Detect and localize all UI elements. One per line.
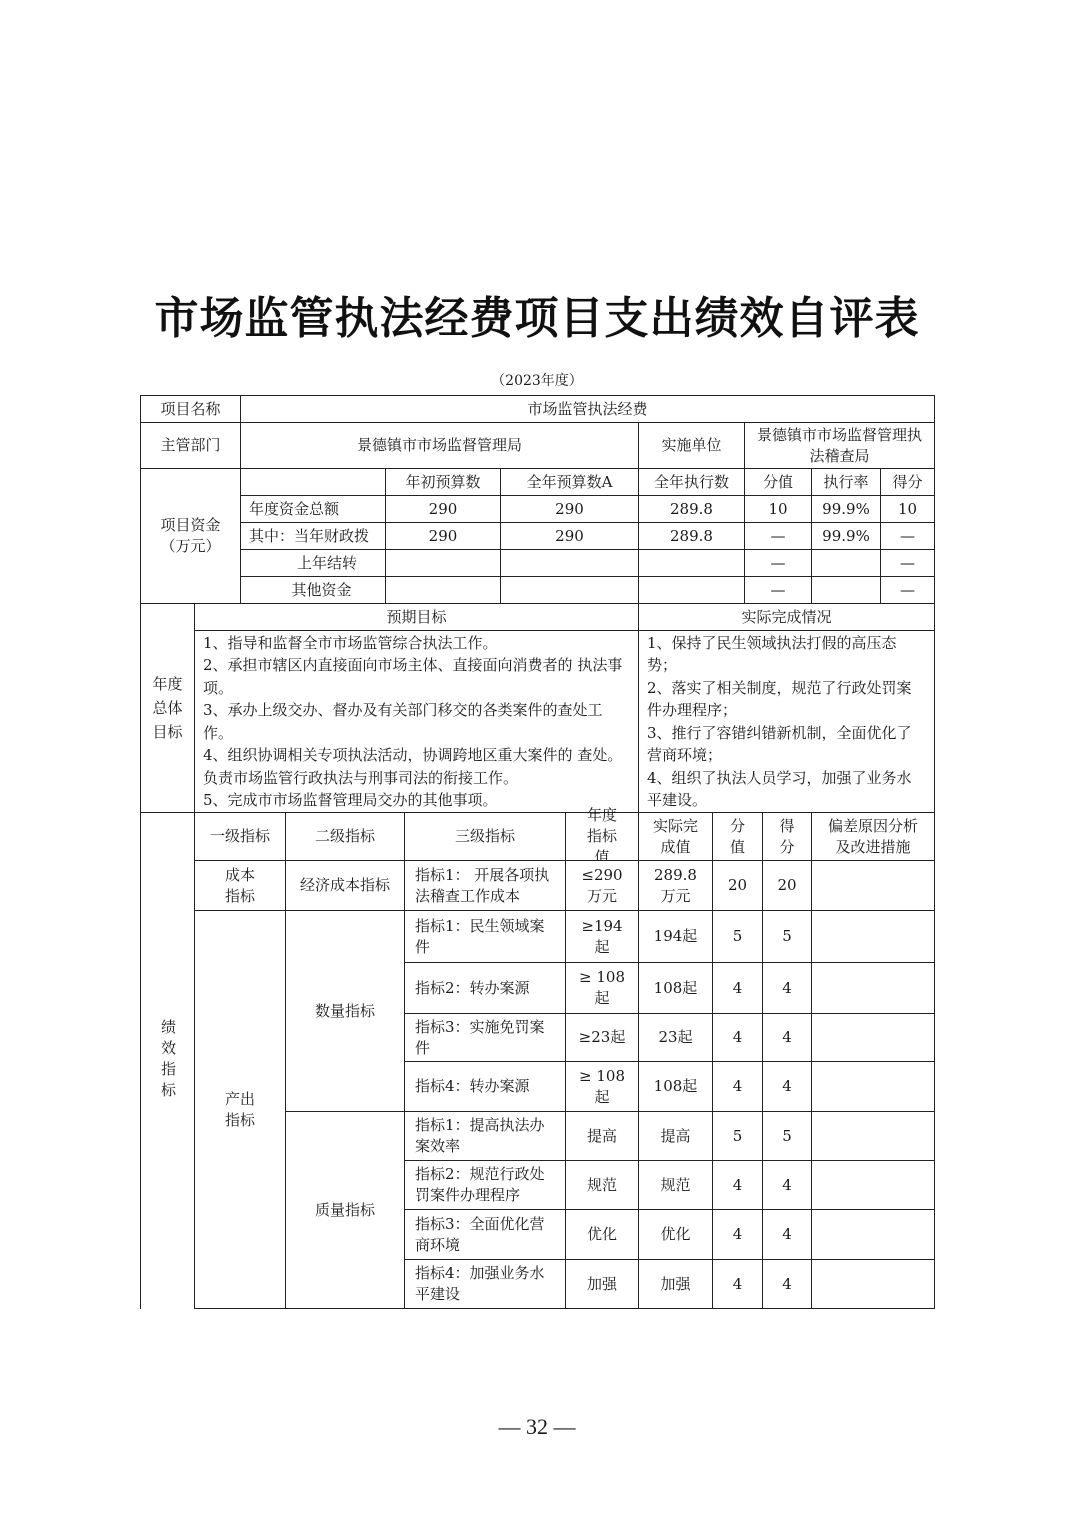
expected-goal-item: 2、承担市辖区内直接面向市场主体、直接面向消费者的 执法事项。	[203, 654, 630, 699]
funding-cell: —	[880, 522, 935, 550]
quantity-level3: 指标1：民生领域案件	[404, 910, 566, 963]
quality-actual: 提高	[638, 1111, 713, 1161]
quantity-actual: 23起	[638, 1013, 713, 1062]
expected-goal-item: 1、指导和监督全市市场监管综合执法工作。	[203, 632, 630, 655]
funding-header-rate: 执行率	[811, 468, 881, 496]
quality-target: 提高	[565, 1111, 639, 1161]
expected-goals-header: 预期目标	[194, 603, 639, 631]
funding-cell: —	[880, 576, 935, 604]
quality-level3: 指标4：加强业务水平建设	[404, 1259, 566, 1309]
dept-value: 景德镇市市场监督管理局	[240, 422, 639, 469]
perf-header-analysis: 偏差原因分析及改进措施	[811, 812, 935, 861]
funding-row-label: 其中：当年财政拨	[240, 522, 386, 550]
quantity-target: ≥23起	[565, 1013, 639, 1062]
funding-cell	[500, 549, 639, 577]
funding-header-score-value: 分值	[744, 468, 812, 496]
funding-cell	[638, 549, 745, 577]
funding-cell: 290	[500, 495, 639, 523]
cost-score-value: 20	[712, 860, 763, 911]
quality-score: 4	[762, 1209, 812, 1260]
quantity-level3: 指标2：转办案源	[404, 962, 566, 1014]
quantity-analysis	[811, 910, 935, 963]
quantity-score-value: 5	[712, 910, 763, 963]
funding-cell	[385, 549, 501, 577]
actual-results-list: 1、保持了民生领域执法打假的高压态势； 2、落实了相关制度，规范了行政处罚案件办…	[638, 630, 935, 813]
cost-level1: 成本指标	[194, 860, 286, 911]
quality-level2: 质量指标	[285, 1111, 405, 1309]
impl-label: 实施单位	[638, 422, 745, 469]
quantity-score-value: 4	[712, 1013, 763, 1062]
quality-level3: 指标1：提高执法办案效率	[404, 1111, 566, 1161]
funding-cell: 99.9%	[811, 522, 881, 550]
expected-goal-item: 3、承办上级交办、督办及有关部门移交的各类案件的查处工作。	[203, 699, 630, 744]
quantity-analysis	[811, 1061, 935, 1112]
quality-level3: 指标2：规范行政处罚案件办理程序	[404, 1160, 566, 1210]
year-label: （2023年度）	[0, 370, 1074, 390]
document-title: 市场监管执法经费项目支出绩效自评表	[0, 282, 1074, 346]
actual-results-header: 实际完成情况	[638, 603, 935, 631]
actual-result-item: 3、推行了容错纠错新机制，全面优化了营商环境；	[647, 722, 926, 767]
quantity-score-value: 4	[712, 1061, 763, 1112]
performance-section-label: 绩效指标	[140, 812, 195, 1309]
funding-row-label: 上年结转	[240, 549, 386, 577]
quantity-target: ≥194起	[565, 910, 639, 963]
funding-cell: —	[880, 549, 935, 577]
actual-result-item: 4、组织了执法人员学习，加强了业务水平建设。	[647, 767, 926, 812]
perf-header-level3: 三级指标	[404, 812, 566, 861]
quality-target: 优化	[565, 1209, 639, 1260]
funding-header-annual: 全年预算数A	[500, 468, 639, 496]
perf-header-level2: 二级指标	[285, 812, 405, 861]
funding-row-label: 其他资金	[240, 576, 386, 604]
funding-cell	[385, 576, 501, 604]
quality-target: 加强	[565, 1259, 639, 1309]
quality-actual: 规范	[638, 1160, 713, 1210]
perf-header-score: 得分	[762, 812, 812, 861]
actual-result-item: 1、保持了民生领域执法打假的高压态势；	[647, 632, 926, 677]
quantity-score: 4	[762, 1013, 812, 1062]
quality-score-value: 4	[712, 1259, 763, 1309]
perf-header-level1: 一级指标	[194, 812, 286, 861]
funding-header-blank	[240, 468, 386, 496]
funding-cell: 290	[500, 522, 639, 550]
quantity-level3: 指标3：实施免罚案件	[404, 1013, 566, 1062]
quality-actual: 优化	[638, 1209, 713, 1260]
quantity-actual: 108起	[638, 1061, 713, 1112]
quantity-actual: 194起	[638, 910, 713, 963]
quantity-score: 4	[762, 962, 812, 1014]
quality-actual: 加强	[638, 1259, 713, 1309]
quality-score-value: 4	[712, 1160, 763, 1210]
funding-cell	[811, 576, 881, 604]
funding-cell: —	[744, 522, 812, 550]
quantity-score: 4	[762, 1061, 812, 1112]
funding-cell: 289.8	[638, 522, 745, 550]
quality-level3: 指标3：全面优化营商环境	[404, 1209, 566, 1260]
quality-analysis	[811, 1259, 935, 1309]
funding-row-label: 年度资金总额	[240, 495, 386, 523]
funding-header-score: 得分	[880, 468, 935, 496]
annual-goals-label: 年度总体目标	[140, 603, 195, 813]
quality-score-value: 4	[712, 1209, 763, 1260]
output-level1: 产出指标	[194, 910, 286, 1309]
quality-target: 规范	[565, 1160, 639, 1210]
project-name-value: 市场监管执法经费	[240, 395, 935, 423]
funding-cell: 290	[385, 522, 501, 550]
cost-target: ≤290万元	[565, 860, 639, 911]
funding-cell: 289.8	[638, 495, 745, 523]
cost-actual: 289.8万元	[638, 860, 713, 911]
actual-result-item: 2、落实了相关制度，规范了行政处罚案件办理程序；	[647, 677, 926, 722]
quantity-level3: 指标4：转办案源	[404, 1061, 566, 1112]
perf-header-target: 年度指标值	[565, 812, 639, 861]
quality-score: 5	[762, 1111, 812, 1161]
cost-analysis	[811, 860, 935, 911]
funding-section-label: 项目资金（万元）	[140, 468, 241, 604]
funding-cell: 290	[385, 495, 501, 523]
quantity-analysis	[811, 962, 935, 1014]
quality-score: 4	[762, 1160, 812, 1210]
funding-header-initial: 年初预算数	[385, 468, 501, 496]
quality-analysis	[811, 1160, 935, 1210]
expected-goal-item: 5、完成市市场监督管理局交办的其他事项。	[203, 789, 630, 812]
cost-score: 20	[762, 860, 812, 911]
dept-label: 主管部门	[140, 422, 241, 469]
funding-cell: 99.9%	[811, 495, 881, 523]
quantity-target: ≥ 108起	[565, 962, 639, 1014]
quantity-target: ≥ 108起	[565, 1061, 639, 1112]
cost-level2: 经济成本指标	[285, 860, 405, 911]
quality-score: 4	[762, 1259, 812, 1309]
quantity-actual: 108起	[638, 962, 713, 1014]
quality-analysis	[811, 1111, 935, 1161]
cost-level3: 指标1： 开展各项执法稽查工作成本	[404, 860, 566, 911]
perf-header-actual: 实际完成值	[638, 812, 713, 861]
funding-cell: 10	[880, 495, 935, 523]
funding-cell	[638, 576, 745, 604]
funding-header-executed: 全年执行数	[638, 468, 745, 496]
impl-value: 景德镇市市场监督管理执法稽查局	[744, 422, 935, 469]
expected-goals-list: 1、指导和监督全市市场监管综合执法工作。 2、承担市辖区内直接面向市场主体、直接…	[194, 630, 639, 813]
quality-score-value: 5	[712, 1111, 763, 1161]
performance-label-text: 绩效指标	[157, 1019, 178, 1103]
quantity-score: 5	[762, 910, 812, 963]
quantity-score-value: 4	[712, 962, 763, 1014]
page-number: — 32 —	[0, 1414, 1074, 1440]
project-name-label: 项目名称	[140, 395, 241, 423]
quantity-level2: 数量指标	[285, 910, 405, 1112]
expected-goal-item: 4、组织协调相关专项执法活动，协调跨地区重大案件的 查处。负责市场监管行政执法与…	[203, 744, 630, 789]
funding-cell: 10	[744, 495, 812, 523]
funding-cell	[500, 576, 639, 604]
quantity-analysis	[811, 1013, 935, 1062]
quality-analysis	[811, 1209, 935, 1260]
funding-cell: —	[744, 549, 812, 577]
funding-cell	[811, 549, 881, 577]
perf-header-score-value: 分值	[712, 812, 763, 861]
funding-cell: —	[744, 576, 812, 604]
